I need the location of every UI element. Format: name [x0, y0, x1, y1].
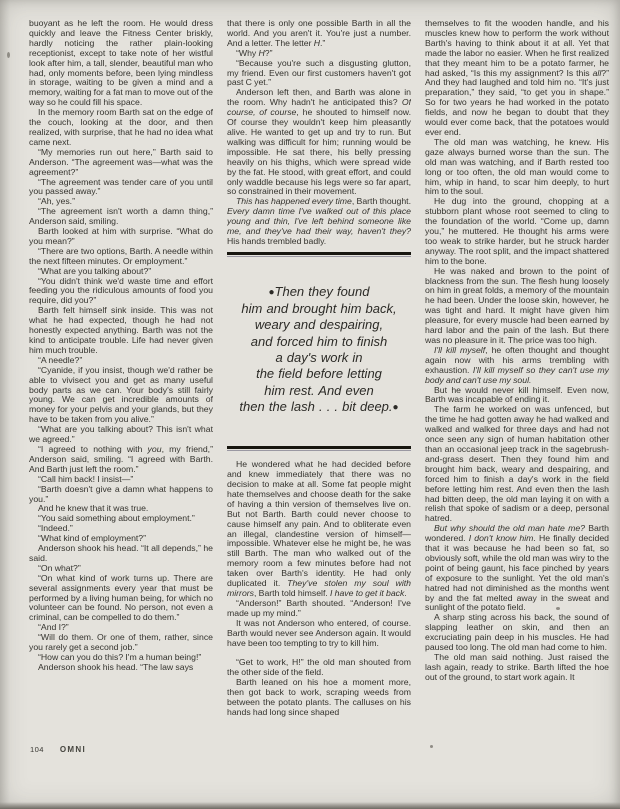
pull-quote: ●Then they foundhim and brought him back…: [227, 284, 411, 416]
paragraph: The farm he worked on was unfenced, but …: [425, 405, 609, 524]
paragraph: Anderson left then, and Barth was alone …: [227, 88, 411, 197]
pull-quote-line: weary and despairing,: [227, 317, 411, 333]
paragraph: “Will do them. Or one of them, rather, s…: [29, 633, 213, 653]
paragraph: Anderson shook his head. “It all depends…: [29, 544, 213, 564]
paragraph: The old man was watching, he knew. His g…: [425, 138, 609, 197]
magazine-logo: OMNI: [60, 745, 86, 754]
scan-speck: [556, 607, 560, 610]
paragraph: “Cyanide, if you insist, though we'd rat…: [29, 366, 213, 425]
quote-open-bullet-icon: ●: [268, 287, 274, 298]
paragraph: “I agreed to nothing with you, my friend…: [29, 445, 213, 475]
page-footer: 104OMNI: [30, 745, 86, 754]
page-number: 104: [30, 745, 44, 754]
paragraph: But why should the old man hate me? Bart…: [425, 524, 609, 613]
paragraph: It was not Anderson who entered, of cour…: [227, 619, 411, 649]
pull-quote-line: and forced him to finish: [227, 334, 411, 350]
paragraph: I'll kill myself, he often thought and t…: [425, 346, 609, 386]
scan-speck: [430, 745, 433, 748]
paragraph: Barth felt himself sink inside. This was…: [29, 306, 213, 356]
paragraph: “Barth doesn't give a damn what happens …: [29, 485, 213, 505]
paragraph: “The agreement was tender care of you un…: [29, 178, 213, 198]
pull-quote-line: ●Then they found: [227, 284, 411, 301]
paragraph: buoyant as he left the room. He would dr…: [29, 19, 213, 108]
scan-speck: [7, 52, 10, 58]
column-3: themselves to fit the wooden handle, and…: [425, 19, 609, 756]
column-2: that there is only one possible Barth in…: [227, 19, 411, 756]
paragraph: “My memories run out here,” Barth said t…: [29, 148, 213, 178]
paragraph: “The agreement isn't worth a damn thing,…: [29, 207, 213, 227]
paragraph: “Anderson!” Barth shouted. “Anderson! I'…: [227, 599, 411, 619]
paragraph: He wondered what he had decided before a…: [227, 460, 411, 599]
paragraph: Anderson shook his head. “The law says: [29, 663, 213, 673]
quote-close-bullet-icon: ●: [393, 402, 399, 413]
paragraph: “There are two options, Barth. A needle …: [29, 247, 213, 267]
paragraph: “On what kind of work turns up. There ar…: [29, 574, 213, 624]
pull-quote-line: then the lash . . . bit deep.●: [227, 399, 411, 416]
pull-quote-line: a day's work in: [227, 350, 411, 366]
paragraph: “What are you talking about? This isn't …: [29, 425, 213, 445]
column-2-bottom-text: He wondered what he had decided before a…: [227, 460, 411, 718]
paragraph: He dug into the ground, chopping at a st…: [425, 197, 609, 266]
paragraph: “You didn't think we'd waste time and ef…: [29, 277, 213, 307]
pull-quote-line: him and brought him back,: [227, 301, 411, 317]
paragraph: A sharp sting across his back, the sound…: [425, 613, 609, 653]
scan-speck: [597, 646, 600, 649]
pull-quote-line: him rest. And even: [227, 383, 411, 399]
divider-rule-top: [227, 252, 411, 257]
column-1: buoyant as he left the room. He would dr…: [29, 19, 213, 756]
paragraph: This has happened every time, Barth thou…: [227, 197, 411, 247]
paragraph: Barth leaned on his hoe a moment more, t…: [227, 678, 411, 718]
paragraph: “Get to work, H!” the old man shouted fr…: [227, 658, 411, 678]
pull-quote-line: the field before letting: [227, 366, 411, 382]
paragraph: “Because you're such a disgusting glutto…: [227, 59, 411, 89]
paragraph: that there is only one possible Barth in…: [227, 19, 411, 49]
paragraph: He was naked and brown to the point of b…: [425, 267, 609, 346]
paragraph: In the memory room Barth sat on the edge…: [29, 108, 213, 148]
magazine-page: buoyant as he left the room. He would dr…: [0, 0, 620, 809]
paragraph: The old man said nothing. Just raised th…: [425, 653, 609, 683]
paragraph: themselves to fit the wooden handle, and…: [425, 19, 609, 138]
column-2-top-text: that there is only one possible Barth in…: [227, 19, 411, 247]
text-columns: buoyant as he left the room. He would dr…: [29, 19, 609, 756]
paragraph: But he would never kill himself. Even no…: [425, 386, 609, 406]
paragraph: Barth looked at him with surprise. “What…: [29, 227, 213, 247]
